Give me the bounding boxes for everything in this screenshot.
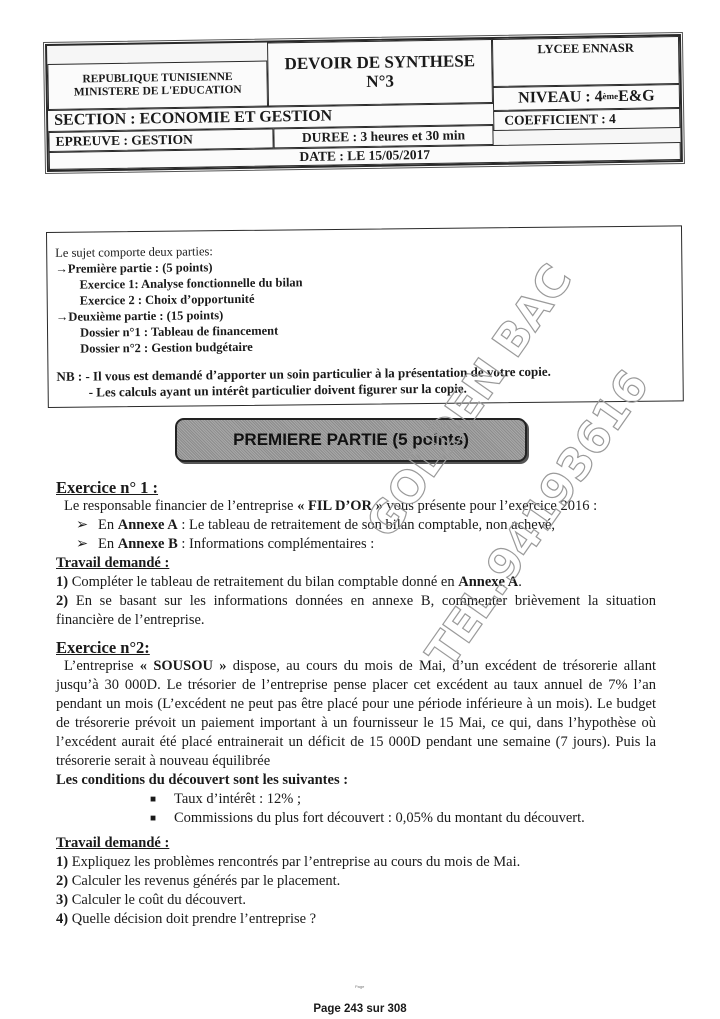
exercise-2-question: 3) Calculer le coût du découvert.: [56, 891, 656, 910]
question-end: .: [518, 574, 522, 590]
exercise-1: Exercice n° 1 : Le responsable financier…: [56, 478, 656, 630]
annex-item: ➢En Annexe A : Le tableau de retraitemen…: [56, 516, 656, 535]
para-text: L’entreprise: [64, 658, 140, 674]
duration-label: DUREE : 3 heures et 30 min: [302, 128, 465, 145]
part-banner-label: PREMIERE PARTIE (5 points): [233, 430, 469, 450]
question-number: 1): [56, 574, 68, 590]
question-number: 2): [56, 873, 68, 889]
tiny-page-mark: Page: [355, 984, 364, 989]
part-banner: PREMIERE PARTIE (5 points): [175, 418, 527, 462]
exercise-2-question: 2) Calculer les revenus générés par le p…: [56, 872, 656, 891]
company-name: « FIL D’OR »: [297, 498, 383, 514]
annex-pre: En: [98, 517, 118, 533]
annex-name: Annexe A: [118, 517, 178, 533]
question-number: 2): [56, 593, 68, 609]
niveau-cell: NIVEAU : 4ème E&G: [493, 84, 680, 111]
annex-ref: Annexe A: [458, 574, 518, 590]
condition-item: ■Commissions du plus fort découvert : 0,…: [56, 809, 656, 828]
condition-text: Commissions du plus fort découvert : 0,0…: [174, 810, 585, 826]
exercise-2-question: 4) Quelle décision doit prendre l’entrep…: [56, 910, 656, 929]
condition-item: ■Taux d’intérêt : 12% ;: [56, 790, 656, 809]
niveau-superscript: ème: [603, 92, 619, 102]
arrow-bullet-icon: ➢: [76, 516, 98, 535]
question-number: 4): [56, 911, 68, 927]
school-name: LYCEE ENNASR: [537, 42, 634, 57]
date-label: DATE : LE 15/05/2017: [299, 148, 430, 165]
exercise-1-intro: Le responsable financier de l’entreprise…: [56, 497, 656, 516]
coefficient-label: COEFFICIENT : 4: [504, 112, 616, 129]
exercise-1-question-2: 2) En se basant sur les informations don…: [56, 592, 656, 630]
condition-text: Taux d’intérêt : 12% ;: [174, 791, 301, 807]
question-text: En se basant sur les informations donnée…: [56, 593, 656, 628]
annex-desc: : Informations complémentaires :: [178, 536, 375, 552]
exercise-2-title: Exercice n°2:: [56, 638, 656, 657]
exam-header: REPUBLIQUE TUNISIENNE MINISTERE DE L'EDU…: [45, 34, 683, 172]
school-cell: LYCEE ENNASR: [492, 36, 680, 87]
question-number: 3): [56, 892, 68, 908]
company-name: « SOUSOU »: [140, 658, 227, 674]
exam-title-cell: DEVOIR DE SYNTHESE N°3: [267, 39, 493, 107]
arrow-bullet-icon: ➢: [76, 535, 98, 554]
issuer-cell: REPUBLIQUE TUNISIENNE MINISTERE DE L'EDU…: [47, 61, 268, 110]
niveau-suffix: E&G: [618, 88, 655, 106]
exercise-1-question-1: 1) Compléter le tableau de retraitement …: [56, 573, 656, 592]
exam-page: REPUBLIQUE TUNISIENNE MINISTERE DE L'EDU…: [0, 0, 720, 1019]
subject-summary-box: Le sujet comporte deux parties: →Premièr…: [46, 225, 684, 408]
square-bullet-icon: ■: [150, 809, 174, 828]
annex-pre: En: [98, 536, 118, 552]
exercise-2-work-title: Travail demandé :: [56, 834, 656, 853]
ministry-label: MINISTERE DE L'EDUCATION: [74, 84, 242, 99]
annex-name: Annexe B: [118, 536, 178, 552]
square-bullet-icon: ■: [150, 790, 174, 809]
exercise-1-work-title: Travail demandé :: [56, 554, 656, 573]
para-text-body: dispose, au cours du mois de Mai, d’un e…: [56, 658, 656, 769]
intro-text-end: vous présente pour l’exercice 2016 :: [383, 498, 597, 514]
coefficient-cell: COEFFICIENT : 4: [493, 108, 680, 131]
question-text: Expliquez les problèmes rencontrés par l…: [68, 854, 520, 870]
epreuve-label: EPREUVE : GESTION: [55, 132, 192, 149]
conditions-title: Les conditions du découvert sont les sui…: [56, 771, 656, 790]
intro-text: Le responsable financier de l’entreprise: [64, 498, 297, 514]
exercise-2-question: 1) Expliquez les problèmes rencontrés pa…: [56, 853, 656, 872]
question-text: Calculer le coût du découvert.: [68, 892, 246, 908]
niveau-label: NIVEAU : 4: [518, 88, 603, 107]
question-text: Compléter le tableau de retraitement du …: [68, 574, 458, 590]
question-number: 1): [56, 854, 68, 870]
exam-number: N°3: [366, 73, 394, 92]
exercise-2-work: Travail demandé : 1) Expliquez les probl…: [56, 834, 656, 929]
exercise-2: Exercice n°2: L’entreprise « SOUSOU » di…: [56, 638, 656, 828]
annex-desc: : Le tableau de retraitement de son bila…: [178, 517, 555, 533]
annex-item: ➢En Annexe B : Informations complémentai…: [56, 535, 656, 554]
question-text: Calculer les revenus générés par le plac…: [68, 873, 340, 889]
question-text: Quelle décision doit prendre l’entrepris…: [68, 911, 316, 927]
exercise-2-paragraph: L’entreprise « SOUSOU » dispose, au cour…: [56, 657, 656, 771]
page-counter: Page 243 sur 308: [0, 1003, 720, 1015]
section-label: SECTION : ECONOMIE ET GESTION: [54, 108, 332, 130]
exercise-1-title: Exercice n° 1 :: [56, 478, 656, 497]
